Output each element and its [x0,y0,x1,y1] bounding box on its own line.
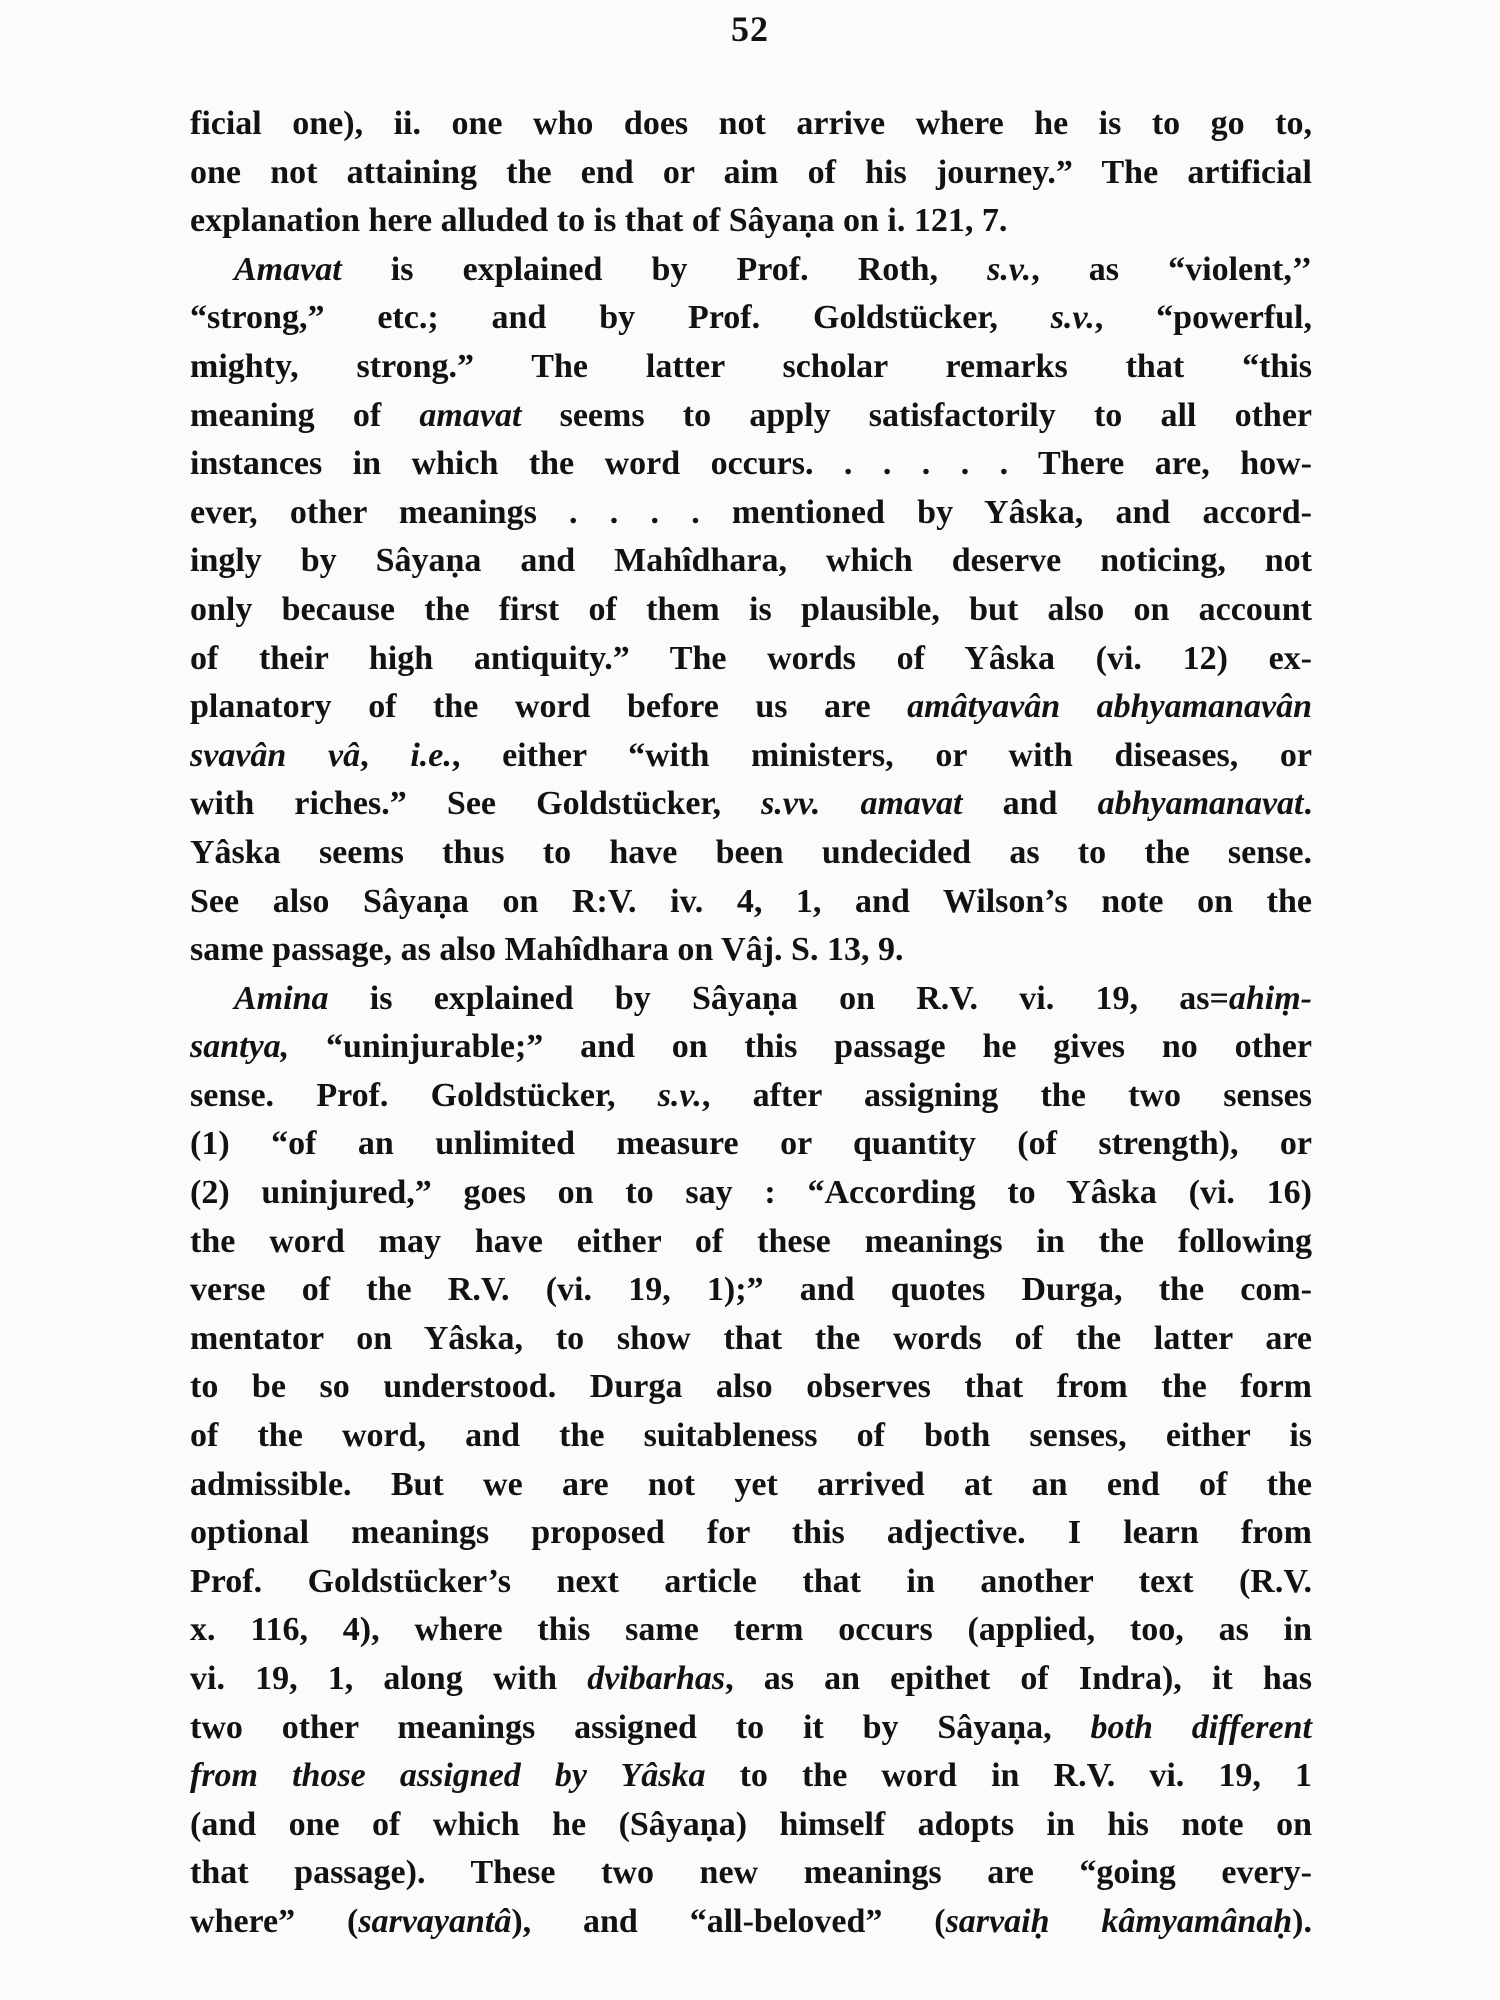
text-run: ingly by Sâyaṇa and Mahîdhara, which des… [190,542,1312,579]
text-run: ), and “all-beloved” ( [511,1903,945,1940]
text-line: with riches.” See Goldstücker, s.vv. ama… [190,780,1312,829]
text-line: ingly by Sâyaṇa and Mahîdhara, which des… [190,537,1312,586]
page-text: ficial one), ii. one who does not arrive… [190,100,1312,1947]
text-run: ). [1292,1903,1312,1940]
text-run-italic: amavat [419,397,521,434]
text-line: mentator on Yâska, to show that the word… [190,1315,1312,1364]
text-line: “strong,” etc.; and by Prof. Goldstücker… [190,294,1312,343]
text-run-italic: svavân vâ [190,737,360,774]
text-line: same passage, as also Mahîdhara on Vâj. … [190,926,1312,975]
text-run: meaning of [190,397,419,434]
text-line: from those assigned by Yâska to the word… [190,1752,1312,1801]
text-run [820,785,860,822]
text-run-italic: s.v. [987,251,1031,288]
text-run: x. 116, 4), where this same term occurs … [190,1611,1312,1648]
text-line: (and one of which he (Sâyaṇa) himself ad… [190,1801,1312,1850]
text-line: sense. Prof. Goldstücker, s.v., after as… [190,1072,1312,1121]
text-run-italic: sarvaiḥ kâmyamânaḥ [946,1903,1293,1940]
text-run: is explained by Sâyaṇa on R.V. vi. 19, a… [328,980,1228,1017]
text-line: of the word, and the suitableness of bot… [190,1412,1312,1461]
text-run-italic: Amavat [234,251,342,288]
text-run-italic: amavat [860,785,962,822]
text-run: “uninjurable;” and on this passage he gi… [289,1028,1312,1065]
text-run-italic: s.v. [658,1077,702,1114]
text-run: planatory of the word before us are [190,688,907,725]
text-run: and [962,785,1097,822]
text-run: , [360,737,410,774]
text-run: mighty, strong.” The latter scholar rema… [190,348,1312,385]
text-line: vi. 19, 1, along with dvibarhas, as an e… [190,1655,1312,1704]
text-run: sense. Prof. Goldstücker, [190,1077,658,1114]
text-run: instances in which the word occurs. . . … [190,445,1312,482]
text-line: Prof. Goldstücker’s next article that in… [190,1558,1312,1607]
text-line: of their high antiquity.” The words of Y… [190,635,1312,684]
text-run: of their high antiquity.” The words of Y… [190,640,1312,677]
text-line: two other meanings assigned to it by Sây… [190,1704,1312,1753]
text-line: explanation here alluded to is that of S… [190,197,1312,246]
text-line: (2) uninjured,” goes on to say : “Accord… [190,1169,1312,1218]
text-run: of the word, and the suitableness of bot… [190,1417,1312,1454]
text-run: seems to apply satisfactorily to all oth… [521,397,1312,434]
text-run: to the word in R.V. vi. 19, 1 [705,1757,1312,1794]
text-line: to be so understood. Durga also observes… [190,1363,1312,1412]
text-line: Amavat is explained by Prof. Roth, s.v.,… [190,246,1312,295]
text-run: (2) uninjured,” goes on to say : “Accord… [190,1174,1312,1211]
text-line: admissible. But we are not yet arrived a… [190,1461,1312,1510]
text-run: ever, other meanings . . . . mentioned b… [190,494,1312,531]
text-line: instances in which the word occurs. . . … [190,440,1312,489]
text-run: Prof. Goldstücker’s next article that in… [190,1563,1312,1600]
text-line: x. 116, 4), where this same term occurs … [190,1606,1312,1655]
text-line: where” (sarvayantâ), and “all-beloved” (… [190,1898,1312,1947]
text-run: only because the first of them is plausi… [190,591,1312,628]
text-line: svavân vâ, i.e., either “with ministers,… [190,732,1312,781]
text-line: ficial one), ii. one who does not arrive… [190,100,1312,149]
text-line: verse of the R.V. (vi. 19, 1);” and quot… [190,1266,1312,1315]
text-run: to be so understood. Durga also observes… [190,1368,1312,1405]
text-run: with riches.” See Goldstücker, [190,785,761,822]
text-run: , as “violent,’’ [1031,251,1312,288]
text-line: only because the first of them is plausi… [190,586,1312,635]
text-run: vi. 19, 1, along with [190,1660,587,1697]
text-run-italic: from those assigned by Yâska [190,1757,705,1794]
text-line: planatory of the word before us are amât… [190,683,1312,732]
text-run-italic: dvibarhas [587,1660,725,1697]
text-run-italic: ahiṃ- [1229,980,1312,1017]
text-line: mighty, strong.” The latter scholar rema… [190,343,1312,392]
text-run-italic: santya, [190,1028,289,1065]
book-page: 52 ficial one), ii. one who does not arr… [0,0,1500,2000]
text-run-italic: both different [1091,1709,1312,1746]
text-run: admissible. But we are not yet arrived a… [190,1466,1312,1503]
text-run: where” ( [190,1903,358,1940]
text-run: (and one of which he (Sâyaṇa) himself ad… [190,1806,1312,1843]
text-run-italic: s.v. [1051,299,1095,336]
text-line: the word may have either of these meanin… [190,1218,1312,1267]
text-run: (1) “of an unlimited measure or quantity… [190,1125,1312,1162]
text-line: that passage). These two new meanings ar… [190,1849,1312,1898]
text-run: one not attaining the end or aim of his … [190,154,1312,191]
text-run: is explained by Prof. Roth, [342,251,987,288]
text-run: , “powerful, [1095,299,1312,336]
page-number: 52 [0,8,1500,50]
text-run-italic: amâtyavân abhyamanavân [907,688,1312,725]
text-line: ever, other meanings . . . . mentioned b… [190,489,1312,538]
text-run: explanation here alluded to is that of S… [190,202,1007,239]
text-run-italic: abhyamanavat [1098,785,1304,822]
text-line: optional meanings proposed for this adje… [190,1509,1312,1558]
text-run-italic: Amina [234,980,328,1017]
text-run: two other meanings assigned to it by Sây… [190,1709,1091,1746]
text-run: Yâska seems thus to have been undecided … [190,834,1312,871]
text-run-italic: sarvayantâ [358,1903,511,1940]
text-run: See also Sâyaṇa on R:V. iv. 4, 1, and Wi… [190,883,1312,920]
text-run: ficial one), ii. one who does not arrive… [190,105,1312,142]
text-run: mentator on Yâska, to show that the word… [190,1320,1312,1357]
text-run: that passage). These two new meanings ar… [190,1854,1312,1891]
text-line: Yâska seems thus to have been undecided … [190,829,1312,878]
text-run: . [1304,785,1313,822]
text-run: verse of the R.V. (vi. 19, 1);” and quot… [190,1271,1312,1308]
text-line: See also Sâyaṇa on R:V. iv. 4, 1, and Wi… [190,878,1312,927]
text-run-italic: i.e. [410,737,452,774]
text-line: (1) “of an unlimited measure or quantity… [190,1120,1312,1169]
text-run: , after assigning the two senses [702,1077,1312,1114]
text-line: one not attaining the end or aim of his … [190,149,1312,198]
text-line: Amina is explained by Sâyaṇa on R.V. vi.… [190,975,1312,1024]
text-line: meaning of amavat seems to apply satisfa… [190,392,1312,441]
text-run: the word may have either of these meanin… [190,1223,1312,1260]
text-run: optional meanings proposed for this adje… [190,1514,1312,1551]
text-run: , either “with ministers, or with diseas… [452,737,1312,774]
text-run: , as an epithet of Indra), it has [725,1660,1312,1697]
text-run: “strong,” etc.; and by Prof. Goldstücker… [190,299,1051,336]
text-run-italic: s.vv. [761,785,820,822]
text-line: santya, “uninjurable;” and on this passa… [190,1023,1312,1072]
text-run: same passage, as also Mahîdhara on Vâj. … [190,931,903,968]
